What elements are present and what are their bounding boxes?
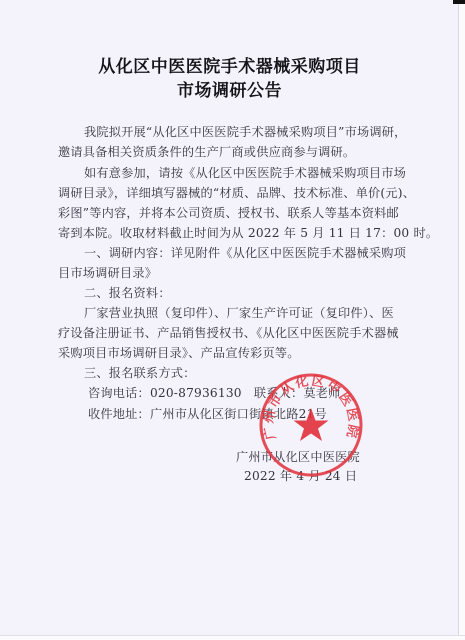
- paragraph-line: 寄到本院。收取材料截止时间为从 2022 年 5 月 11 日 17：00 时。: [58, 224, 438, 241]
- section-heading-3: 三、报名联系方式：: [84, 364, 196, 381]
- document-title-line1: 从化区中医医院手术器械采购项目: [0, 52, 459, 77]
- section-heading-2: 二、报名资料：: [84, 284, 171, 301]
- address: 广州市从化区街口街镇北路21号: [150, 407, 327, 421]
- paragraph-line: 我院拟开展“从化区中医医院手术器械采购项目”市场调研，: [84, 123, 407, 140]
- document-page: 从化区中医医院手术器械采购项目 市场调研公告 我院拟开展“从化区中医医院手术器械…: [0, 0, 459, 636]
- contact-person: 莫老师: [303, 386, 340, 400]
- document-title-line2: 市场调研公告: [0, 76, 459, 101]
- phone-number: 020-87936130: [150, 386, 242, 400]
- scan-corner-mark: [453, 0, 465, 4]
- paragraph-line: 目市场调研目录》: [58, 264, 157, 281]
- signature-organization: 广州市从化区中医医院: [236, 448, 360, 465]
- section-heading-1: 一、调研内容：详见附件《从化区中医医院手术器械采购项: [84, 244, 406, 261]
- paragraph-line: 疗设备注册证书、产品销售授权书、《从化区中医医院手术器械: [58, 324, 399, 341]
- contact-phone-row: 咨询电话：020-87936130 联系人：莫老师: [88, 384, 341, 401]
- address-label: 收件地址：: [88, 407, 150, 421]
- paragraph-line: 采购项目市场调研目录》、产品宣传彩页等。: [58, 344, 300, 361]
- phone-label: 咨询电话：: [88, 386, 150, 400]
- scan-edge-right: [458, 0, 465, 640]
- scan-edge-bottom: [0, 635, 465, 640]
- signature-date: 2022 年 4 月 24 日: [244, 467, 357, 484]
- paragraph-line: 厂家营业执照（复印件）、厂家生产许可证（复印件）、医: [84, 304, 394, 321]
- paragraph-line: 邀请具备相关资质条件的生产厂商或供应商参与调研。: [58, 143, 355, 160]
- paragraph-line: 调研目录》，详细填写器械的“材质、品牌、技术标准、单价(元)、: [58, 184, 415, 201]
- contact-address-row: 收件地址：广州市从化区街口街镇北路21号: [88, 405, 327, 422]
- paragraph-line: 如有意参加，请按《从化区中医医院手术器械采购项目市场: [84, 164, 406, 181]
- paragraph-line: 彩图”等内容，并将本公司资质、授权书、联系人等基本资料邮: [58, 204, 399, 221]
- contact-person-label: 联系人：: [254, 386, 304, 400]
